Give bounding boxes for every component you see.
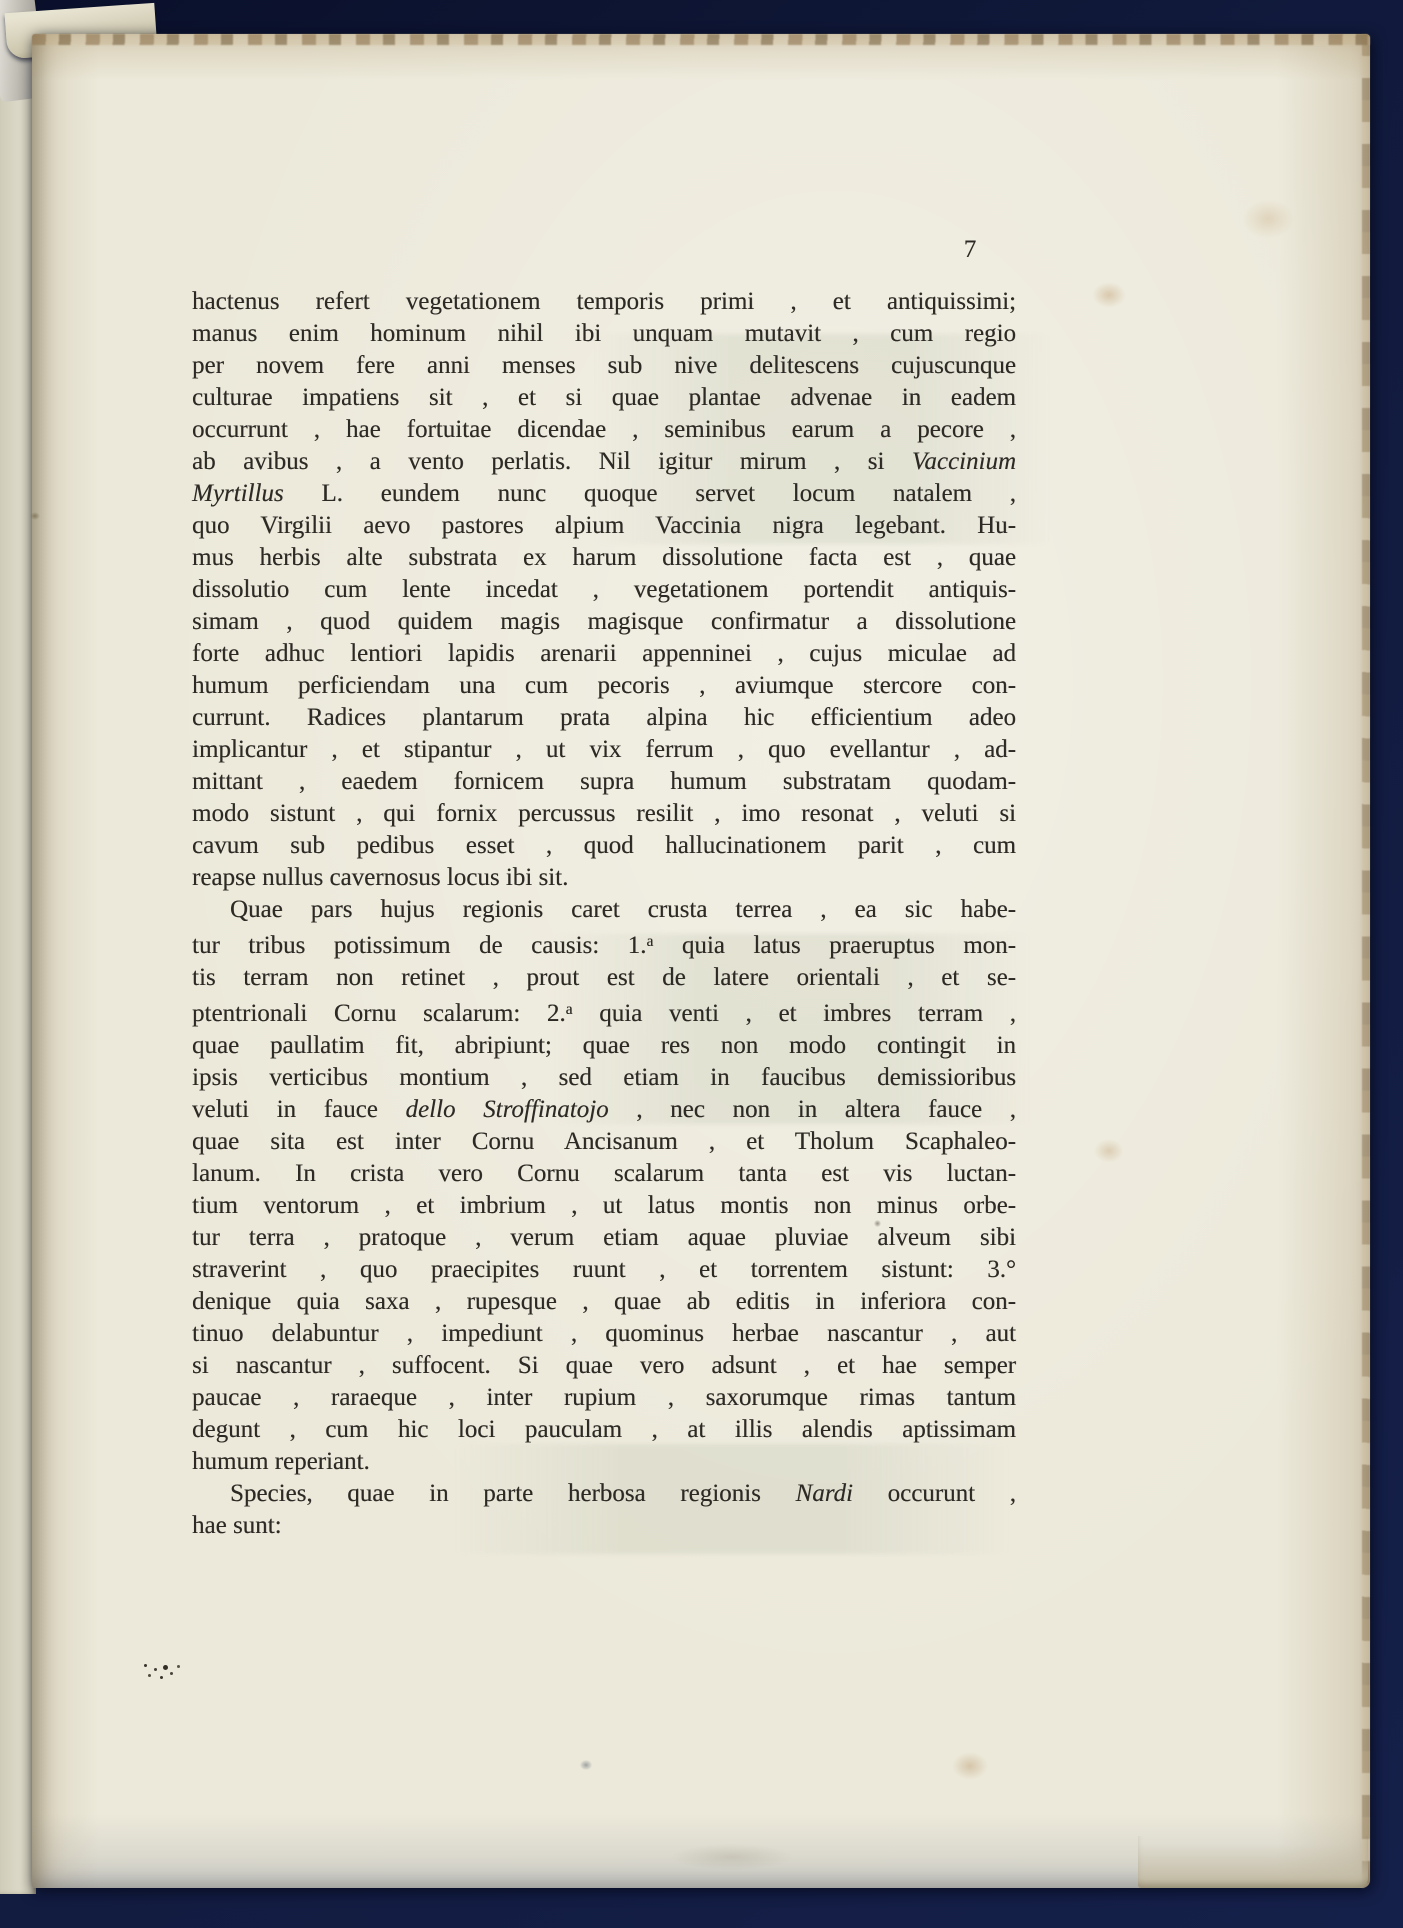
text-segment: humum reperiant. bbox=[192, 1448, 370, 1475]
text-line: veluti in fauce dello Stroffinatojo , ne… bbox=[192, 1094, 1016, 1126]
text-line: ab avibus , a vento perlatis. Nil igitur… bbox=[192, 446, 1016, 478]
text-line: tinuo delabuntur , impediunt , quominus … bbox=[192, 1318, 1016, 1350]
text-segment: hactenus refert vegetationem temporis pr… bbox=[192, 288, 1016, 315]
text-segment: dissolutio cum lente incedat , vegetatio… bbox=[192, 576, 1016, 603]
scanned-book-photo: 7 hactenus refert vegetationem temporis … bbox=[0, 0, 1403, 1928]
text-segment: quae paullatim fit, abripiunt; quae res … bbox=[192, 1032, 1016, 1059]
text-line: hae sunt: bbox=[192, 1510, 1016, 1542]
text-line: currunt. Radices plantarum prata alpina … bbox=[192, 702, 1016, 734]
text-line: degunt , cum hic loci pauculam , at illi… bbox=[192, 1414, 1016, 1446]
text-line: paucae , raraeque , inter rupium , saxor… bbox=[192, 1382, 1016, 1414]
deckle-edge-right bbox=[1362, 34, 1370, 1888]
deckle-edge-top bbox=[32, 34, 1370, 45]
text-line: ptentrionali Cornu scalarum: 2.a quia ve… bbox=[192, 994, 1016, 1030]
text-segment: currunt. Radices plantarum prata alpina … bbox=[192, 704, 1016, 731]
text-segment: hae sunt: bbox=[192, 1512, 282, 1539]
text-line: humum reperiant. bbox=[192, 1446, 1016, 1478]
underlying-page-edge bbox=[0, 46, 36, 1894]
text-segment: , nec non in altera fauce , bbox=[609, 1096, 1016, 1123]
bottom-corner-curl bbox=[1138, 1836, 1368, 1888]
text-line: forte adhuc lentiori lapidis arenarii ap… bbox=[192, 638, 1016, 670]
text-segment: veluti in fauce bbox=[192, 1096, 405, 1123]
text-segment: occurrunt , hae fortuitae dicendae , sem… bbox=[192, 416, 1016, 443]
text-segment: forte adhuc lentiori lapidis arenarii ap… bbox=[192, 640, 1016, 667]
text-line: quae paullatim fit, abripiunt; quae res … bbox=[192, 1030, 1016, 1062]
text-segment: paucae , raraeque , inter rupium , saxor… bbox=[192, 1384, 1016, 1411]
text-line: lanum. In crista vero Cornu scalarum tan… bbox=[192, 1158, 1016, 1190]
foxing-stain bbox=[952, 1752, 988, 1780]
text-line: tur tribus potissimum de causis: 1.a qui… bbox=[192, 926, 1016, 962]
text-segment: manus enim hominum nihil ibi unquam muta… bbox=[192, 320, 1016, 347]
text-segment: humum perficiendam una cum pecoris , avi… bbox=[192, 672, 1016, 699]
text-line: Myrtillus L. eundem nunc quoque servet l… bbox=[192, 478, 1016, 510]
text-segment: quia venti , et imbres terram , bbox=[573, 1000, 1016, 1027]
text-segment: tur tribus potissimum de causis: 1. bbox=[192, 932, 646, 959]
text-segment: ab avibus , a vento perlatis. Nil igitur… bbox=[192, 448, 912, 475]
text-line: reapse nullus cavernosus locus ibi sit. bbox=[192, 862, 1016, 894]
text-line: mus herbis alte substrata ex harum disso… bbox=[192, 542, 1016, 574]
text-segment: Nardi bbox=[796, 1480, 853, 1507]
text-block: hactenus refert vegetationem temporis pr… bbox=[192, 286, 1016, 1542]
text-segment: ipsis verticibus montium , sed etiam in … bbox=[192, 1064, 1016, 1091]
ink-speck bbox=[580, 1760, 592, 1770]
text-segment: tium ventorum , et imbrium , ut latus mo… bbox=[192, 1192, 1016, 1219]
text-line: tur terra , pratoque , verum etiam aquae… bbox=[192, 1222, 1016, 1254]
text-segment: reapse nullus cavernosus locus ibi sit. bbox=[192, 864, 568, 891]
text-segment: Species, quae in parte herbosa regionis bbox=[230, 1480, 796, 1507]
text-line: Species, quae in parte herbosa regionis … bbox=[192, 1478, 1016, 1510]
text-segment: culturae impatiens sit , et si quae plan… bbox=[192, 384, 1016, 411]
text-line: occurrunt , hae fortuitae dicendae , sem… bbox=[192, 414, 1016, 446]
text-segment: ptentrionali Cornu scalarum: 2. bbox=[192, 1000, 566, 1027]
text-line: denique quia saxa , rupesque , quae ab e… bbox=[192, 1286, 1016, 1318]
text-segment: L. eundem nunc quoque servet locum natal… bbox=[284, 480, 1016, 507]
text-segment: dello Stroffinatojo bbox=[405, 1096, 608, 1123]
text-line: quo Virgilii aevo pastores alpium Vaccin… bbox=[192, 510, 1016, 542]
text-line: hactenus refert vegetationem temporis pr… bbox=[192, 286, 1016, 318]
foxing-stain bbox=[1092, 282, 1126, 308]
text-segment: tis terram non retinet , prout est de la… bbox=[192, 964, 1016, 991]
text-segment: denique quia saxa , rupesque , quae ab e… bbox=[192, 1288, 1016, 1315]
text-segment: Vaccinium bbox=[912, 448, 1016, 475]
text-line: manus enim hominum nihil ibi unquam muta… bbox=[192, 318, 1016, 350]
text-segment: quae sita est inter Cornu Ancisanum , et… bbox=[192, 1128, 1016, 1155]
text-segment: si nascantur , suffocent. Si quae vero a… bbox=[192, 1352, 1016, 1379]
ink-speckle-cluster bbox=[144, 1664, 147, 1667]
text-segment: mus herbis alte substrata ex harum disso… bbox=[192, 544, 1016, 571]
text-line: cavum sub pedibus esset , quod hallucina… bbox=[192, 830, 1016, 862]
text-line: tis terram non retinet , prout est de la… bbox=[192, 962, 1016, 994]
text-segment: Myrtillus bbox=[192, 480, 284, 507]
text-segment: simam , quod quidem magis magisque confi… bbox=[192, 608, 1016, 635]
text-line: humum perficiendam una cum pecoris , avi… bbox=[192, 670, 1016, 702]
text-segment: Quae pars hujus regionis caret crusta te… bbox=[230, 896, 1016, 923]
book-page: 7 hactenus refert vegetationem temporis … bbox=[32, 34, 1370, 1888]
text-line: simam , quod quidem magis magisque confi… bbox=[192, 606, 1016, 638]
text-line: dissolutio cum lente incedat , vegetatio… bbox=[192, 574, 1016, 606]
text-line: implicantur , et stipantur , ut vix ferr… bbox=[192, 734, 1016, 766]
text-line: tium ventorum , et imbrium , ut latus mo… bbox=[192, 1190, 1016, 1222]
text-segment: implicantur , et stipantur , ut vix ferr… bbox=[192, 736, 1016, 763]
text-line: Quae pars hujus regionis caret crusta te… bbox=[192, 894, 1016, 926]
text-segment: cavum sub pedibus esset , quod hallucina… bbox=[192, 832, 1016, 859]
text-segment: quia latus praeruptus mon- bbox=[653, 932, 1016, 959]
foxing-stain bbox=[1094, 1139, 1124, 1163]
text-segment: per novem fere anni menses sub nive deli… bbox=[192, 352, 1016, 379]
page-edge-nick bbox=[30, 512, 40, 520]
text-line: per novem fere anni menses sub nive deli… bbox=[192, 350, 1016, 382]
text-segment: tinuo delabuntur , impediunt , quominus … bbox=[192, 1320, 1016, 1347]
text-segment: tur terra , pratoque , verum etiam aquae… bbox=[192, 1224, 1016, 1251]
foxing-stain bbox=[1242, 199, 1294, 239]
text-line: culturae impatiens sit , et si quae plan… bbox=[192, 382, 1016, 414]
text-segment: straverint , quo praecipites ruunt , et … bbox=[192, 1256, 1016, 1283]
text-line: ipsis verticibus montium , sed etiam in … bbox=[192, 1062, 1016, 1094]
text-segment: degunt , cum hic loci pauculam , at illi… bbox=[192, 1416, 1016, 1443]
text-line: modo sistunt , qui fornix percussus resi… bbox=[192, 798, 1016, 830]
text-segment: lanum. In crista vero Cornu scalarum tan… bbox=[192, 1160, 1016, 1187]
text-line: si nascantur , suffocent. Si quae vero a… bbox=[192, 1350, 1016, 1382]
text-segment: quo Virgilii aevo pastores alpium Vaccin… bbox=[192, 512, 1016, 539]
page-number: 7 bbox=[938, 236, 1002, 264]
text-segment: a bbox=[566, 1001, 573, 1018]
text-line: mittant , eaedem fornicem supra humum su… bbox=[192, 766, 1016, 798]
text-segment: occurunt , bbox=[853, 1480, 1016, 1507]
text-line: straverint , quo praecipites ruunt , et … bbox=[192, 1254, 1016, 1286]
text-segment: modo sistunt , qui fornix percussus resi… bbox=[192, 800, 1016, 827]
text-segment: mittant , eaedem fornicem supra humum su… bbox=[192, 768, 1016, 795]
text-line: quae sita est inter Cornu Ancisanum , et… bbox=[192, 1126, 1016, 1158]
smudge-stain bbox=[672, 1844, 792, 1870]
